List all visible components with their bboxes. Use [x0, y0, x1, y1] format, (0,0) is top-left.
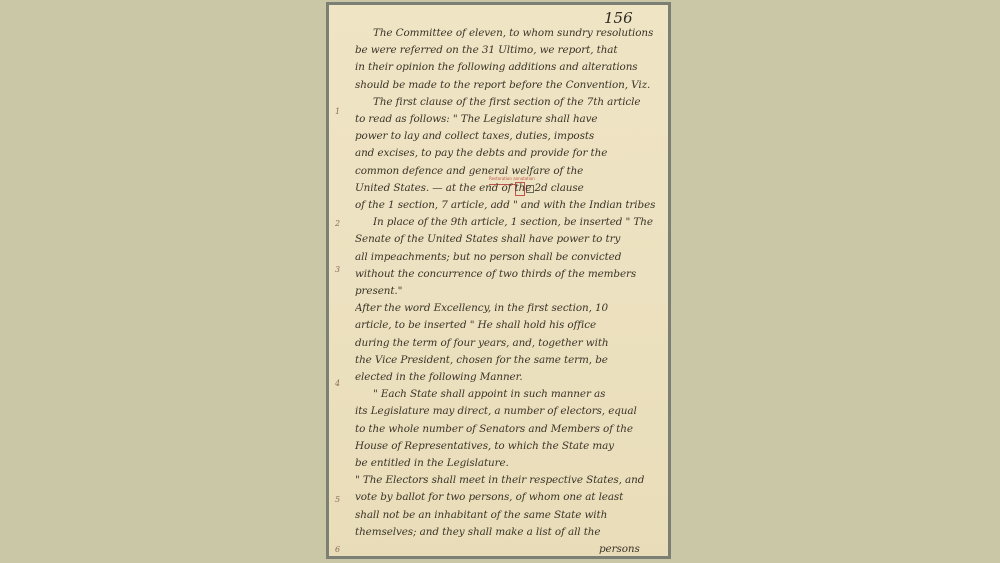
manuscript-line: vote by ballot for two persons, of whom …	[355, 491, 662, 503]
manuscript-line: " The Electors shall meet in their respe…	[355, 474, 662, 486]
margin-number: 5	[335, 495, 340, 504]
manuscript-line: during the term of four years, and, toge…	[355, 337, 662, 349]
manuscript-line: its Legislature may direct, a number of …	[355, 405, 662, 417]
manuscript-line: shall not be an inhabitant of the same S…	[355, 509, 662, 521]
manuscript-line: be were referred on the 31 Ultimo, we re…	[355, 44, 662, 56]
manuscript-line: in their opinion the following additions…	[355, 61, 662, 73]
margin-number: 2	[335, 219, 340, 228]
manuscript-line: should be made to the report before the …	[355, 79, 662, 91]
margin-number: 1	[335, 107, 340, 116]
manuscript-line: all impeachments; but no person shall be…	[355, 251, 662, 263]
manuscript-page: 156 Restoration annotation The Committee…	[329, 5, 668, 556]
manuscript-line: power to lay and collect taxes, duties, …	[355, 130, 662, 142]
manuscript-line: present."	[355, 285, 662, 297]
manuscript-line: In place of the 9th article, 1 section, …	[373, 216, 662, 228]
manuscript-line: without the concurrence of two thirds of…	[355, 268, 662, 280]
document-frame: 156 Restoration annotation The Committee…	[326, 2, 671, 559]
manuscript-line: themselves; and they shall make a list o…	[355, 526, 662, 538]
manuscript-line: to read as follows: " The Legislature sh…	[355, 113, 662, 125]
margin-number: 4	[335, 379, 340, 388]
margin-number: 6	[335, 545, 340, 554]
manuscript-line: United States. — at the end of the 2d cl…	[355, 182, 662, 194]
manuscript-line: common defence and general welfare of th…	[355, 165, 662, 177]
manuscript-line: The Committee of eleven, to whom sundry …	[373, 27, 662, 39]
manuscript-line: After the word Excellency, in the first …	[355, 302, 662, 314]
manuscript-line: of the 1 section, 7 article, add " and w…	[355, 199, 662, 211]
page-number: 156	[604, 9, 633, 27]
manuscript-line: Senate of the United States shall have p…	[355, 233, 662, 245]
manuscript-line: be entitled in the Legislature.	[355, 457, 662, 469]
manuscript-line: and excises, to pay the debts and provid…	[355, 147, 662, 159]
margin-number: 3	[335, 265, 340, 274]
manuscript-line: to the whole number of Senators and Memb…	[355, 423, 662, 435]
manuscript-line: elected in the following Manner.	[355, 371, 662, 383]
manuscript-line: article, to be inserted " He shall hold …	[355, 319, 662, 331]
manuscript-line: persons	[599, 543, 662, 555]
manuscript-line: House of Representatives, to which the S…	[355, 440, 662, 452]
manuscript-line: The first clause of the first section of…	[373, 96, 662, 108]
manuscript-line: the Vice President, chosen for the same …	[355, 354, 662, 366]
manuscript-line: " Each State shall appoint in such manne…	[373, 388, 662, 400]
